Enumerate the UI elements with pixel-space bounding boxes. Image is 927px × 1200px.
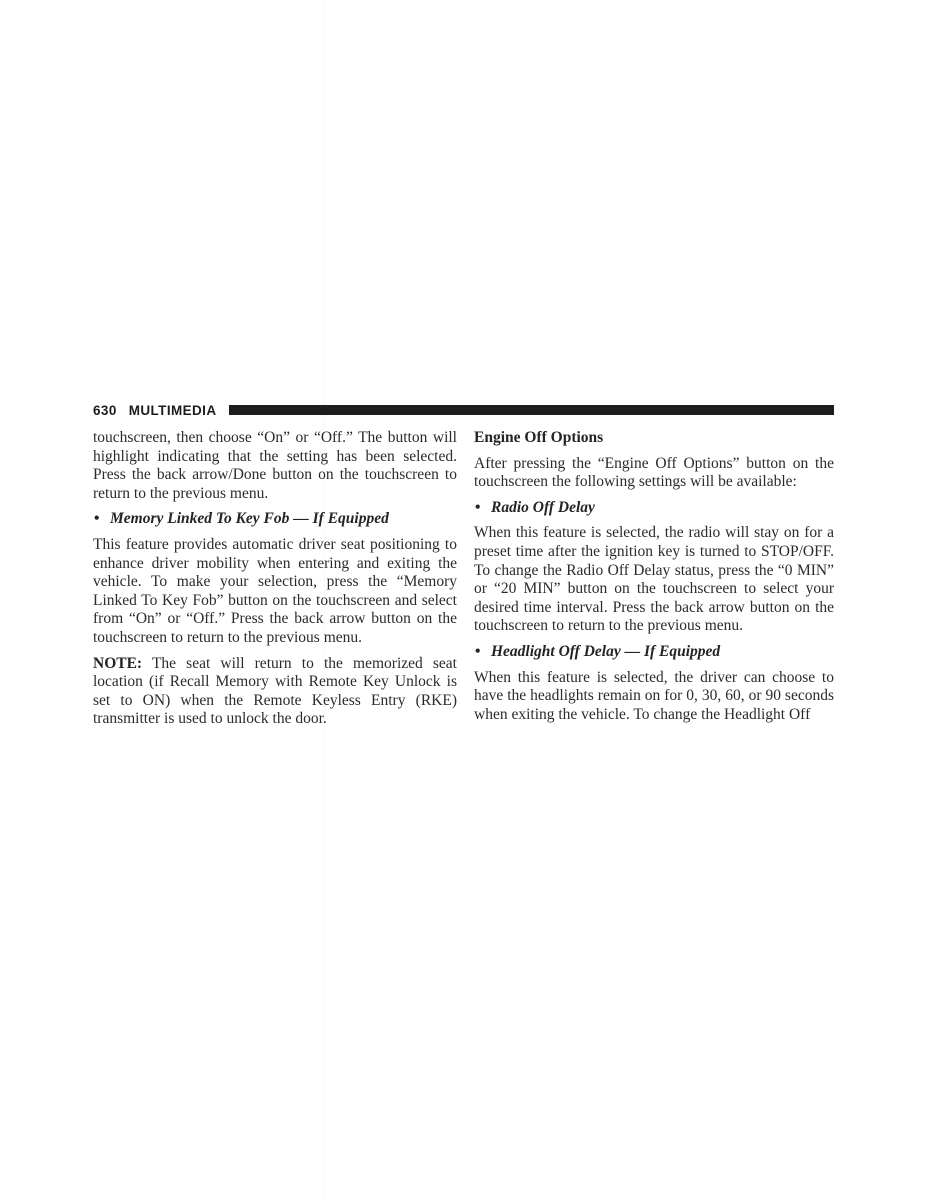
bullet-heading-headlight-off-delay: Headlight Off Delay — If Equipped bbox=[474, 643, 834, 662]
note-paragraph: NOTE: The seat will return to the memori… bbox=[93, 655, 457, 729]
right-column: Engine Off Options After pressing the “E… bbox=[474, 429, 834, 736]
bullet-heading-text: Memory Linked To Key Fob — If Equipped bbox=[110, 510, 389, 527]
page-number: 630 bbox=[93, 403, 117, 418]
manual-page-content: 630 MULTIMEDIA touchscreen, then choose … bbox=[93, 403, 834, 736]
bullet-heading-radio-off-delay: Radio Off Delay bbox=[474, 499, 834, 518]
paragraph-memory-feature-description: This feature provides automatic driver s… bbox=[93, 536, 457, 648]
note-text: The seat will return to the memorized se… bbox=[93, 655, 457, 728]
paragraph-radio-off-delay-description: When this feature is selected, the radio… bbox=[474, 524, 834, 636]
bullet-heading-text: Headlight Off Delay — If Equipped bbox=[491, 643, 720, 660]
header-rule-bar bbox=[229, 405, 834, 415]
left-column: touchscreen, then choose “On” or “Off.” … bbox=[93, 429, 457, 736]
page-header: 630 MULTIMEDIA bbox=[93, 403, 834, 417]
section-title: MULTIMEDIA bbox=[129, 403, 217, 418]
bullet-heading-text: Radio Off Delay bbox=[491, 499, 595, 516]
two-column-layout: touchscreen, then choose “On” or “Off.” … bbox=[93, 429, 834, 736]
note-label: NOTE: bbox=[93, 655, 142, 672]
paragraph-headlight-off-delay-description: When this feature is selected, the drive… bbox=[474, 669, 834, 725]
section-heading-engine-off-options: Engine Off Options bbox=[474, 429, 834, 448]
paragraph-touchscreen-choose: touchscreen, then choose “On” or “Off.” … bbox=[93, 429, 457, 503]
paragraph-engine-off-intro: After pressing the “Engine Off Options” … bbox=[474, 455, 834, 492]
bullet-heading-memory-linked-to-key-fob: Memory Linked To Key Fob — If Equipped bbox=[93, 510, 457, 529]
